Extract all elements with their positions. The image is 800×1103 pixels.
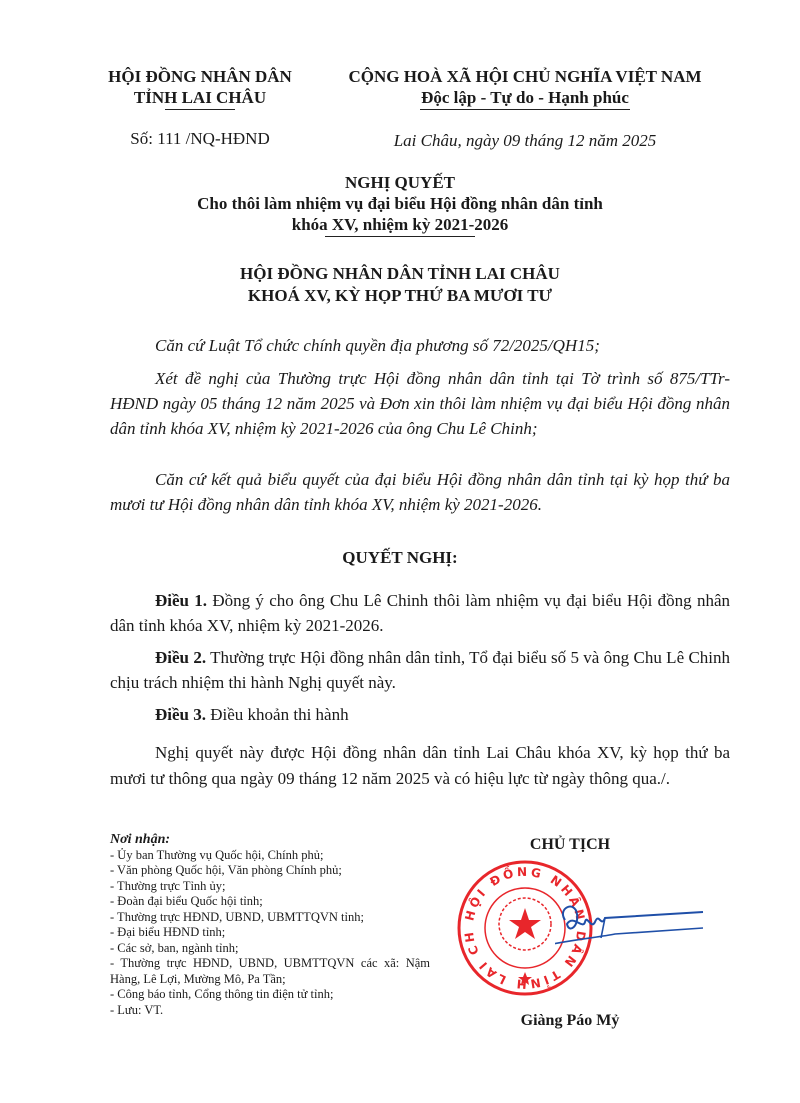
- document-number: Số: 111 /NQ-HĐND: [100, 128, 300, 149]
- preamble-legal-basis: Căn cứ Luật Tổ chức chính quyền địa phươ…: [110, 333, 730, 358]
- recipient-item: - Đoàn đại biểu Quốc hội tỉnh;: [110, 894, 430, 910]
- national-header: CỘNG HOÀ XÃ HỘI CHỦ NGHĨA VIỆT NAM Độc l…: [330, 66, 720, 151]
- recipient-item: - Công báo tỉnh, Cổng thông tin điện tử …: [110, 987, 430, 1003]
- authority-heading: HỘI ĐỒNG NHÂN DÂN TỈNH LAI CHÂU KHOÁ XV,…: [100, 263, 700, 307]
- preamble-proposal: Xét đề nghị của Thường trực Hội đồng nhâ…: [110, 366, 730, 441]
- motto-underline: [420, 109, 630, 110]
- effect-clause: Nghị quyết này được Hội đồng nhân dân tỉ…: [110, 740, 730, 792]
- article-3-text: Điều khoản thi hành: [206, 705, 349, 724]
- article-3: Điều 3. Điều khoản thi hành: [110, 702, 730, 727]
- recipient-item: - Ủy ban Thường vụ Quốc hội, Chính phủ;: [110, 848, 430, 864]
- article-2: Điều 2. Thường trực Hội đồng nhân dân tỉ…: [110, 645, 730, 695]
- document-title: NGHỊ QUYẾT Cho thôi làm nhiệm vụ đại biể…: [100, 172, 700, 237]
- subject-line-1: Cho thôi làm nhiệm vụ đại biểu Hội đồng …: [100, 193, 700, 214]
- issuer-name: HỘI ĐỒNG NHÂN DÂN: [100, 66, 300, 87]
- place-date: Lai Châu, ngày 09 tháng 12 năm 2025: [330, 130, 720, 151]
- recipient-item: - Thường trực HĐND, UBND, UBMTTQVN các x…: [110, 956, 430, 987]
- recipients-heading: Nơi nhận:: [110, 832, 430, 848]
- article-1-label: Điều 1.: [155, 591, 207, 610]
- national-motto: Độc lập - Tự do - Hạnh phúc: [330, 87, 720, 108]
- issuer-block: HỘI ĐỒNG NHÂN DÂN TỈNH LAI CHÂU Số: 111 …: [100, 66, 300, 149]
- recipient-item: - Thường trực HĐND, UBND, UBMTTQVN tỉnh;: [110, 910, 430, 926]
- authority-line-2: KHOÁ XV, KỲ HỌP THỨ BA MƯƠI TƯ: [100, 285, 700, 307]
- article-1: Điều 1. Đồng ý cho ông Chu Lê Chinh thôi…: [110, 588, 730, 638]
- recipient-item: - Các sở, ban, ngành tỉnh;: [110, 941, 430, 957]
- title-underline: [325, 236, 475, 237]
- article-3-label: Điều 3.: [155, 705, 206, 724]
- signature-icon: [555, 900, 705, 960]
- recipients-list: Nơi nhận: - Ủy ban Thường vụ Quốc hội, C…: [110, 832, 430, 1018]
- preamble-vote: Căn cứ kết quả biểu quyết của đại biểu H…: [110, 467, 730, 517]
- issuer-province: TỈNH LAI CHÂU: [100, 87, 300, 108]
- article-2-label: Điều 2.: [155, 648, 206, 667]
- recipient-item: - Văn phòng Quốc hội, Văn phòng Chính ph…: [110, 863, 430, 879]
- recipient-item: - Thường trực Tỉnh ủy;: [110, 879, 430, 895]
- signer-title: CHỦ TỊCH: [470, 836, 670, 854]
- recipient-item: - Đại biểu HĐND tỉnh;: [110, 925, 430, 941]
- authority-line-1: HỘI ĐỒNG NHÂN DÂN TỈNH LAI CHÂU: [100, 263, 700, 285]
- signer-name: Giàng Páo Mỷ: [470, 1012, 670, 1030]
- decision-heading: QUYẾT NGHỊ:: [100, 548, 700, 568]
- nation-name: CỘNG HOÀ XÃ HỘI CHỦ NGHĨA VIỆT NAM: [330, 66, 720, 87]
- recipient-item: - Lưu: VT.: [110, 1003, 430, 1019]
- issuer-underline: [165, 109, 235, 110]
- doc-type: NGHỊ QUYẾT: [100, 172, 700, 193]
- subject-line-2: khóa XV, nhiệm kỳ 2021-2026: [100, 214, 700, 235]
